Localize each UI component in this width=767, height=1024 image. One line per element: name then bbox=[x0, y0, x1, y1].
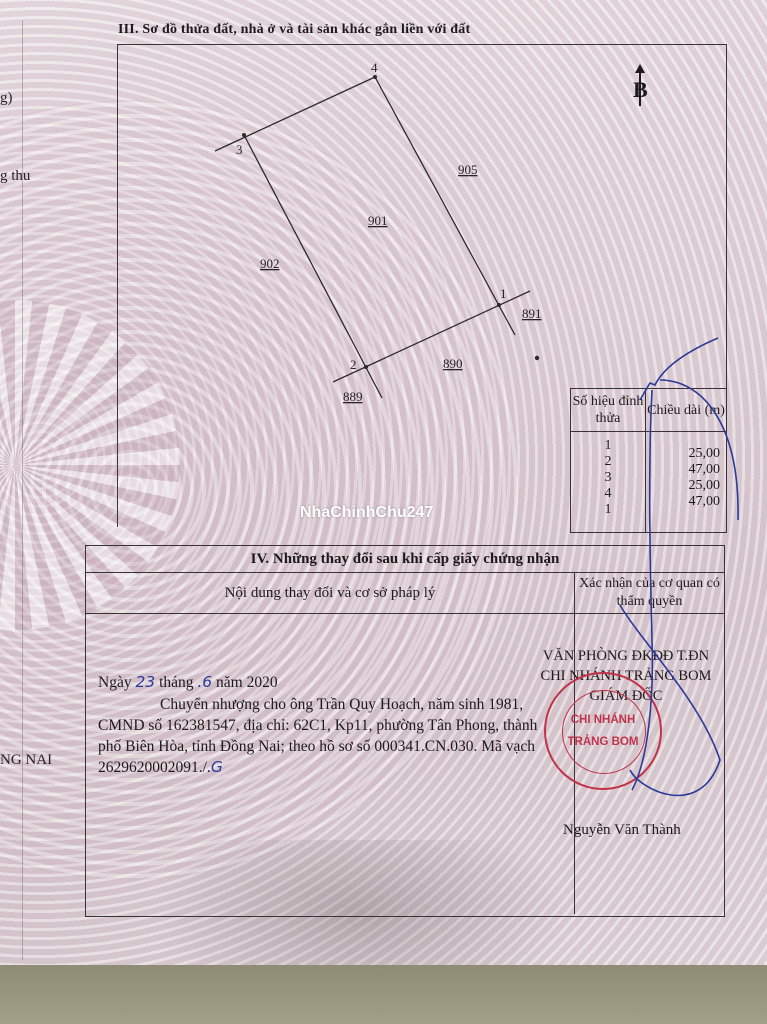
svg-text:B: B bbox=[633, 77, 648, 102]
entry-content: Chuyển nhượng cho ông Trần Quy Hoạch, nă… bbox=[98, 694, 563, 778]
handwritten-mark: G bbox=[211, 758, 223, 776]
change-content-cell: Ngày 23 tháng .6 năm 2020 Chuyển nhượng … bbox=[86, 614, 575, 914]
parcel-901: 901 bbox=[368, 213, 388, 228]
parcel-902: 902 bbox=[260, 256, 280, 271]
vertex-3-label: 3 bbox=[236, 142, 243, 157]
parcel-890: 890 bbox=[443, 356, 463, 371]
parcel-891: 891 bbox=[522, 306, 542, 321]
handwritten-day: 23 bbox=[135, 673, 155, 691]
length-list: 25,00 47,00 25,00 47,00 bbox=[646, 432, 727, 533]
vertex-1-label: 1 bbox=[500, 286, 507, 301]
vertex-4-label: 4 bbox=[371, 60, 378, 75]
signer-name: Nguyễn Văn Thành bbox=[563, 822, 681, 839]
coordinate-table: Số hiệu đỉnh thửa Chiều dài (m) 1 2 3 4 … bbox=[570, 388, 727, 533]
col-length-header: Chiều dài (m) bbox=[646, 389, 727, 432]
section4-title: IV. Những thay đổi sau khi cấp giấy chứn… bbox=[86, 546, 724, 573]
table-surface bbox=[0, 965, 767, 1024]
col-point-header: Số hiệu đỉnh thửa bbox=[571, 389, 646, 432]
parcel-905: 905 bbox=[458, 162, 478, 177]
vertex-2-label: 2 bbox=[350, 357, 357, 372]
col-confirm-header: Xác nhận của cơ quan có thẩm quyền bbox=[575, 573, 724, 613]
site-watermark: NhaChinhChu247 bbox=[300, 504, 433, 522]
certificate-page: g) g thu NG NAI III. Sơ đồ thửa đất, nhà… bbox=[0, 0, 767, 965]
point-list: 1 2 3 4 1 bbox=[571, 432, 646, 533]
official-stamp: CHI NHÁNH TRẢNG BOM bbox=[544, 672, 662, 790]
entry-date: Ngày 23 tháng .6 năm 2020 bbox=[98, 672, 278, 693]
parcel-889: 889 bbox=[343, 389, 363, 404]
col-content-header: Nội dung thay đổi và cơ sở pháp lý bbox=[86, 573, 575, 613]
north-arrow-icon: B bbox=[630, 64, 652, 106]
handwritten-month: .6 bbox=[197, 673, 212, 691]
